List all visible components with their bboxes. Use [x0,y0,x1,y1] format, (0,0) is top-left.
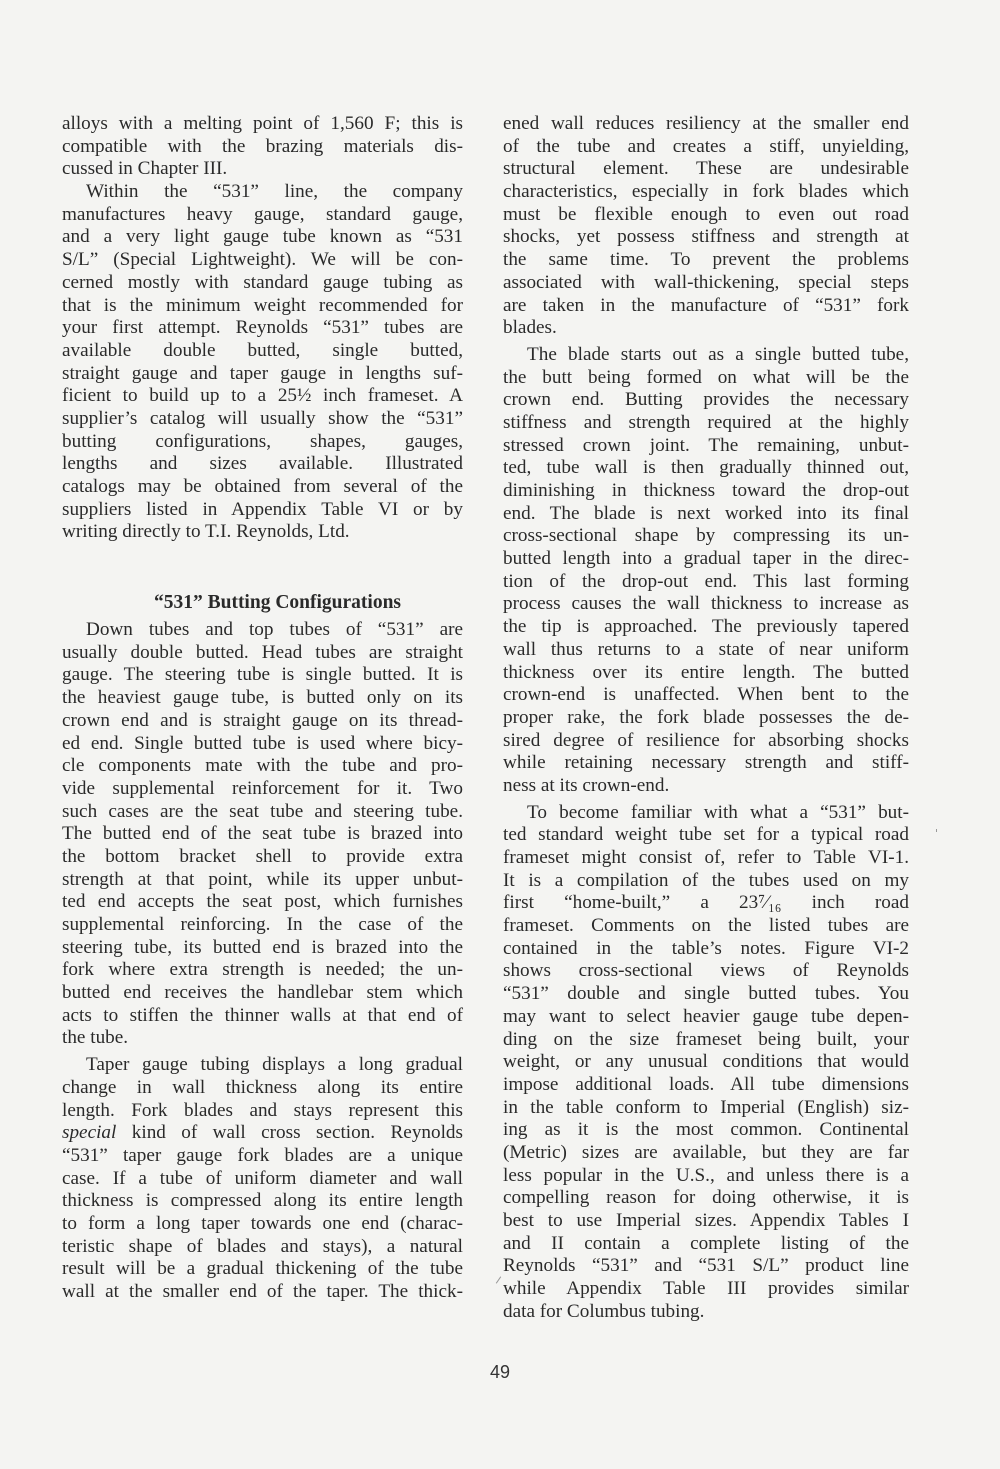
text-line: data for Columbus tubing. [503,1301,909,1324]
text-line: manufactures heavy gauge, standard gauge… [62,204,463,227]
paragraph-blade-process: The blade starts out as a single butted … [503,344,909,798]
text-line: straight gauge and taper gauge in length… [62,363,463,386]
text-line: cross-sectional shape by compressing its… [503,525,909,548]
text-line: teristic shape of blades and stays), a n… [62,1236,463,1259]
text-line: stiffness and strength required at the h… [503,412,909,435]
text-line: gauge. The steering tube is single butte… [62,664,463,687]
scan-artifact-mark [496,1276,501,1283]
text-line: ted standard weight tube set for a typic… [503,824,909,847]
text-line: thickness is compressed along its entire… [62,1190,463,1213]
paragraph-531-line: Within the “531” line, the company manuf… [62,181,463,544]
text-line: ted end accepts the seat post, which fur… [62,891,463,914]
text-line: “531” taper gauge fork blades are a uniq… [62,1145,463,1168]
text-line: suppliers listed in Appendix Table VI or… [62,499,463,522]
text-line-with-italic: special kind of wall cross section. Reyn… [62,1122,463,1145]
text-line: butting configurations, shapes, gauges, [62,431,463,454]
text-line: fork where extra strength is needed; the… [62,959,463,982]
text-line: end. The blade is next worked into its f… [503,503,909,526]
text-line: tion of the drop-out end. This last form… [503,571,909,594]
book-page: alloys with a melting point of 1,560 F; … [0,0,1000,1469]
left-column: alloys with a melting point of 1,560 F; … [62,113,463,1304]
text-line: proper rake, the fork blade possesses th… [503,707,909,730]
text-line: are taken in the manufacture of “531” fo… [503,295,909,318]
text-line: the tube. [62,1027,463,1050]
paragraph-butting-configurations: Down tubes and top tubes of “531” are us… [62,619,463,1050]
text-line: ding on the size frameset being built, y… [503,1029,909,1052]
text-line: Taper gauge tubing displays a long gradu… [62,1054,463,1077]
text-line: frameset might consist of, refer to Tabl… [503,847,909,870]
text-line: The blade starts out as a single butted … [503,344,909,367]
text-line: “531” double and single butted tubes. Yo… [503,983,909,1006]
text-line: compatible with the brazing materials di… [62,136,463,159]
text-line: the heaviest gauge tube, is butted only … [62,687,463,710]
text-line: blades. [503,317,909,340]
text-line: cerned mostly with standard gauge tubing… [62,272,463,295]
text-line: The butted end of the seat tube is braze… [62,823,463,846]
text-line: crown end and is straight gauge on its t… [62,710,463,733]
text-line: crown end. Butting provides the necessar… [503,389,909,412]
right-column: ened wall reduces resiliency at the smal… [503,113,909,1323]
text-line: lengths and sizes available. Illustrated [62,453,463,476]
text-line: such cases are the seat tube and steerin… [62,801,463,824]
text-line: butted length into a gradual taper in th… [503,548,909,571]
text-line: characteristics, especially in fork blad… [503,181,909,204]
text-line: case. If a tube of uniform diameter and … [62,1168,463,1191]
text-line: cle components mate with the tube and pr… [62,755,463,778]
text-line: butted end receives the handlebar stem w… [62,982,463,1005]
text-line: wall at the smaller end of the taper. Th… [62,1281,463,1304]
text-line: length. Fork blades and stays represent … [62,1100,463,1123]
text-line: cussed in Chapter III. [62,158,463,181]
text-line: available double butted, single butted, [62,340,463,363]
text-line: while Appendix Table III provides simila… [503,1278,909,1301]
text-line: acts to stiffen the thinner walls at tha… [62,1005,463,1028]
text-line: thickness over its entire length. The bu… [503,662,909,685]
text-line: ed end. Single butted tube is used where… [62,733,463,756]
text-line: in the table conform to Imperial (Englis… [503,1097,909,1120]
text-line: supplemental reinforcing. In the case of… [62,914,463,937]
text-line: Within the “531” line, the company [62,181,463,204]
italic-word: special [62,1122,116,1143]
text-line: ened wall reduces resiliency at the smal… [503,113,909,136]
paragraph-taper-gauge: Taper gauge tubing displays a long gradu… [62,1054,463,1304]
scan-artifact-dot [936,829,937,832]
paragraph-tube-set: To become familiar with what a “531” but… [503,802,909,1324]
text-line: sired degree of resilience for absorbing… [503,730,909,753]
text-line: to form a long taper towards one end (ch… [62,1213,463,1236]
text-line: and a very light gauge tube known as “53… [62,226,463,249]
text-line: that is the minimum weight recommended f… [62,295,463,318]
text-line: the bottom bracket shell to provide extr… [62,846,463,869]
paragraph-continued-alloys: alloys with a melting point of 1,560 F; … [62,113,463,181]
text-line: and II contain a complete listing of the [503,1233,909,1256]
text-line: supplier’s catalog will usually show the… [62,408,463,431]
text-line: may want to select heavier gauge tube de… [503,1006,909,1029]
text-line: ted, tube wall is then gradually thinned… [503,457,909,480]
text-line: first “home-built,” a 23⁷⁄₁₆ inch road [503,892,909,915]
text-line: It is a compilation of the tubes used on… [503,870,909,893]
page-number: 49 [0,1362,1000,1383]
paragraph-continued-thickened-wall: ened wall reduces resiliency at the smal… [503,113,909,340]
text-line: must be flexible enough to even out road [503,204,909,227]
text-line: impose additional loads. All tube dimens… [503,1074,909,1097]
text-line: alloys with a melting point of 1,560 F; … [62,113,463,136]
text-line: less popular in the U.S., and unless the… [503,1165,909,1188]
text-line: strength at that point, while its upper … [62,869,463,892]
text-fragment: kind of wall cross section. Reynolds [116,1122,463,1143]
text-line: vide supplemental reinforcement for it. … [62,778,463,801]
text-line: catalogs may be obtained from several of… [62,476,463,499]
text-line: process causes the wall thickness to inc… [503,593,909,616]
text-line: of the tube and creates a stiff, unyield… [503,136,909,159]
section-heading: “531” Butting Configurations [62,591,463,615]
text-line: Reynolds “531” and “531 S/L” product lin… [503,1255,909,1278]
text-line: writing directly to T.I. Reynolds, Ltd. [62,521,463,544]
text-line: contained in the table’s notes. Figure V… [503,938,909,961]
text-line: frameset. Comments on the listed tubes a… [503,915,909,938]
text-line: while retaining necessary strength and s… [503,752,909,775]
text-line: Down tubes and top tubes of “531” are [62,619,463,642]
text-line: your first attempt. Reynolds “531” tubes… [62,317,463,340]
text-line: ness at its crown-end. [503,775,909,798]
text-line: the same time. To prevent the problems [503,249,909,272]
text-line: shows cross-sectional views of Reynolds [503,960,909,983]
text-line: change in wall thickness along its entir… [62,1077,463,1100]
text-line: weight, or any unusual conditions that w… [503,1051,909,1074]
text-line: ing as it is the most common. Continenta… [503,1119,909,1142]
text-line: associated with wall-thickening, special… [503,272,909,295]
text-line: ficient to build up to a 25½ inch frames… [62,385,463,408]
text-line: To become familiar with what a “531” but… [503,802,909,825]
text-line: stressed crown joint. The remaining, unb… [503,435,909,458]
text-line: (Metric) sizes are available, but they a… [503,1142,909,1165]
text-line: the butt being formed on what will be th… [503,367,909,390]
text-line: compelling reason for doing otherwise, i… [503,1187,909,1210]
text-line: usually double butted. Head tubes are st… [62,642,463,665]
text-line: diminishing in thickness toward the drop… [503,480,909,503]
text-line: the tip is approached. The previously ta… [503,616,909,639]
text-line: steering tube, its butted end is brazed … [62,937,463,960]
text-line: structural element. These are undesirabl… [503,158,909,181]
text-line: shocks, yet possess stiffness and streng… [503,226,909,249]
text-line: S/L” (Special Lightweight). We will be c… [62,249,463,272]
section-spacer [62,544,463,591]
text-line: result will be a gradual thickening of t… [62,1258,463,1281]
text-line: best to use Imperial sizes. Appendix Tab… [503,1210,909,1233]
text-line: wall thus returns to a state of near uni… [503,639,909,662]
text-line: crown-end is unaffected. When bent to th… [503,684,909,707]
